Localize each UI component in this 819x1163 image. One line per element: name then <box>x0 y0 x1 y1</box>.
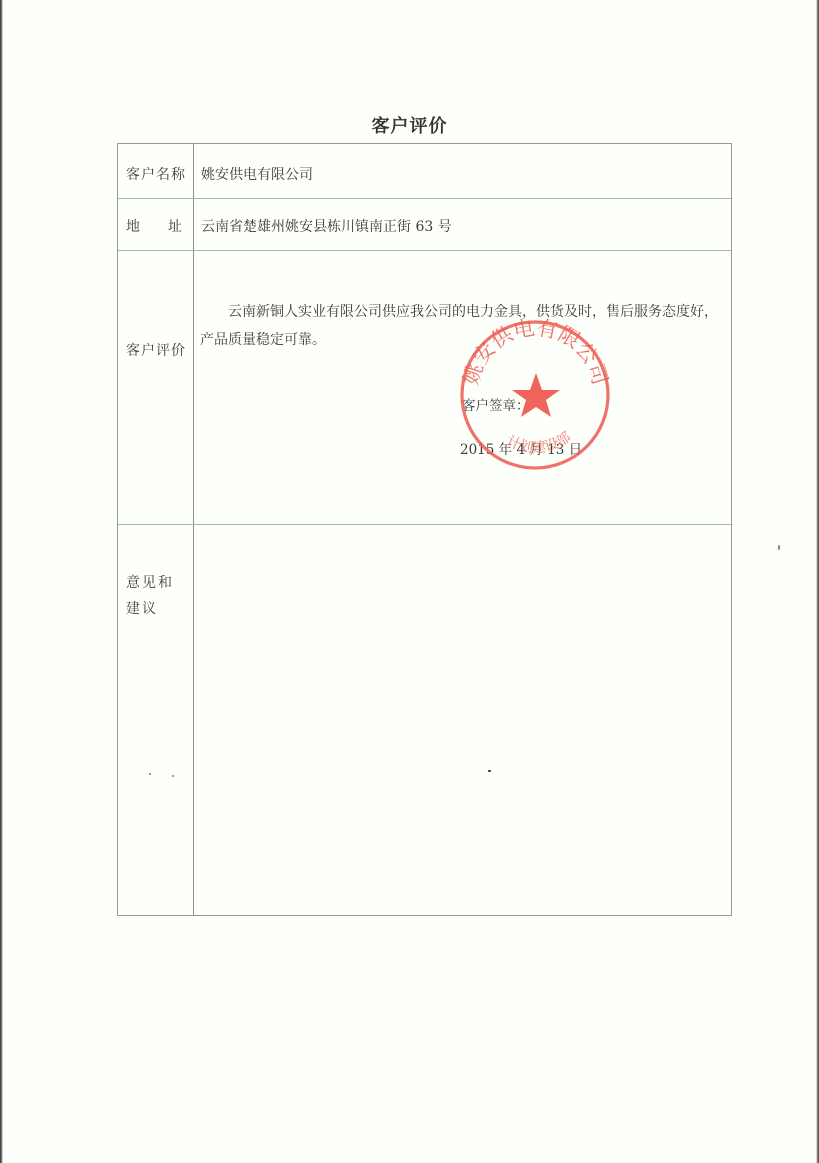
scan-speck <box>488 770 491 772</box>
customer-name-label: 客户名称 <box>126 164 186 184</box>
scan-speck <box>778 545 780 550</box>
scan-speck <box>149 773 151 775</box>
evaluation-table: 客户名称 姚安供电有限公司 地 址 云南省楚雄州姚安县栋川镇南正街 63 号 客… <box>117 143 732 916</box>
star-icon <box>512 373 560 417</box>
scan-edge-left <box>0 0 3 1163</box>
scan-speck <box>172 775 174 777</box>
document-title: 客户评价 <box>0 112 819 138</box>
customer-name-value: 姚安供电有限公司 <box>201 164 313 184</box>
address-label: 地 址 <box>126 216 186 236</box>
column-divider <box>193 144 194 915</box>
suggestions-label: 意见和建议 <box>126 570 188 622</box>
row-divider <box>118 524 731 525</box>
company-seal: 姚安供电有限公司 计划建设部 <box>458 318 613 473</box>
row-divider <box>118 198 731 199</box>
address-value: 云南省楚雄州姚安县栋川镇南正街 63 号 <box>201 216 452 236</box>
seal-bottom-text: 计划建设部 <box>504 429 574 456</box>
evaluation-label: 客户评价 <box>126 340 186 360</box>
address-label-text: 地 址 <box>126 219 182 235</box>
row-divider <box>118 250 731 251</box>
